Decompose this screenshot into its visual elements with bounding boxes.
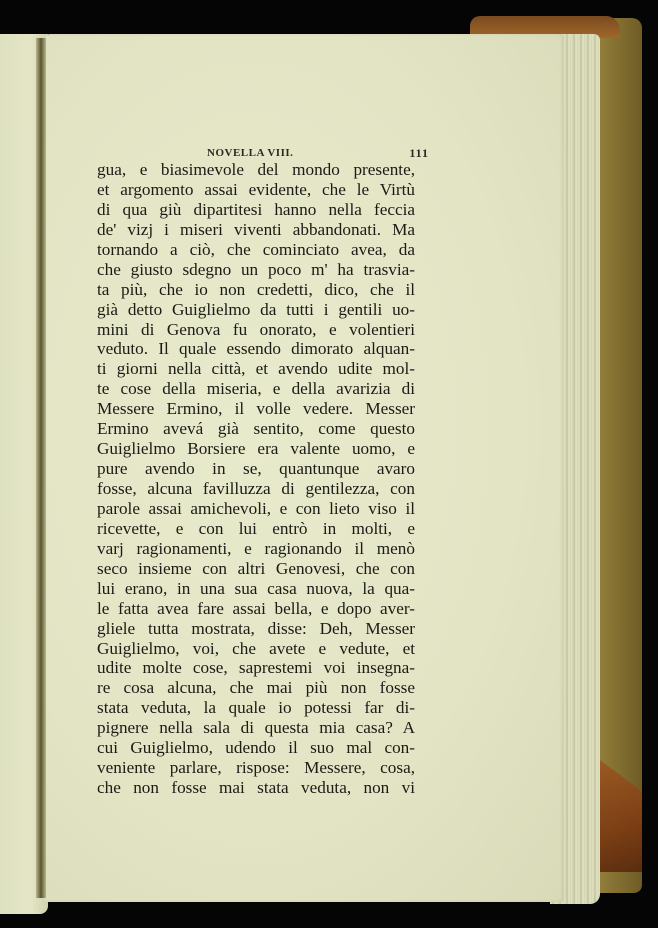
text-line: Guiglielmo Borsiere era valente uomo, e [97, 439, 415, 459]
text-line: di qua giù dipartitesi hanno nella fecci… [97, 200, 415, 220]
text-block: gua, e biasimevole del mondo presente, e… [97, 160, 415, 798]
page-number: 111 [409, 146, 429, 161]
text-line: ti giorni nella città, et avendo udite m… [97, 359, 415, 379]
text-line: te cose della miseria, e della avarizia … [97, 379, 415, 399]
text-line: le fatta avea fare assai bella, e dopo a… [97, 599, 415, 619]
text-line: mini di Genova fu onorato, e volentieri [97, 320, 415, 340]
text-line: veniente parlare, rispose: Messere, cosa… [97, 758, 415, 778]
text-line: ricevette, e con lui entrò in molti, e [97, 519, 415, 539]
text-line: pignere nella sala di questa mia casa? A [97, 718, 415, 738]
text-line: seco insieme con altri Genovesi, che con [97, 559, 415, 579]
text-line: stata veduta, la quale io potessi far di… [97, 698, 415, 718]
text-line: parole assai amichevoli, e con lieto vis… [97, 499, 415, 519]
text-line: gliele tutta mostrata, disse: Deh, Messe… [97, 619, 415, 639]
text-line: Guiglielmo, voi, che avete e vedute, et [97, 639, 415, 659]
text-line: cui Guiglielmo, udendo il suo mal con- [97, 738, 415, 758]
text-line: che giusto sdegno un poco m' ha trasvia- [97, 260, 415, 280]
text-line: lui erano, in una sua casa nuova, la qua… [97, 579, 415, 599]
text-line: già detto Guiglielmo da tutti i gentili … [97, 300, 415, 320]
text-line: veduto. Il quale essendo dimorato alquan… [97, 339, 415, 359]
text-line: fosse, alcuna favilluzza di gentilezza, … [97, 479, 415, 499]
text-line: gua, e biasimevole del mondo presente, [97, 160, 415, 180]
text-line: che non fosse mai stata veduta, non vi [97, 778, 415, 798]
text-line: udite molte cose, saprestemi voi insegna… [97, 658, 415, 678]
text-line: pure avendo in se, quantunque avaro [97, 459, 415, 479]
running-head-title: NOVELLA VIII. [207, 147, 293, 159]
text-line: Messere Ermino, il volle vedere. Messer [97, 399, 415, 419]
text-line: tornando a ciò, che cominciato avea, da [97, 240, 415, 260]
gutter-shadow [36, 38, 46, 898]
text-line: ta più, che io non credetti, dico, che i… [97, 280, 415, 300]
text-line: de' vizj i miseri viventi abbandonati. M… [97, 220, 415, 240]
text-line: et argomento assai evidente, che le Virt… [97, 180, 415, 200]
text-line: Ermino avevá già sentito, come questo [97, 419, 415, 439]
text-line: varj ragionamenti, e ragionando il menò [97, 539, 415, 559]
text-line: re cosa alcuna, che mai più non fosse [97, 678, 415, 698]
